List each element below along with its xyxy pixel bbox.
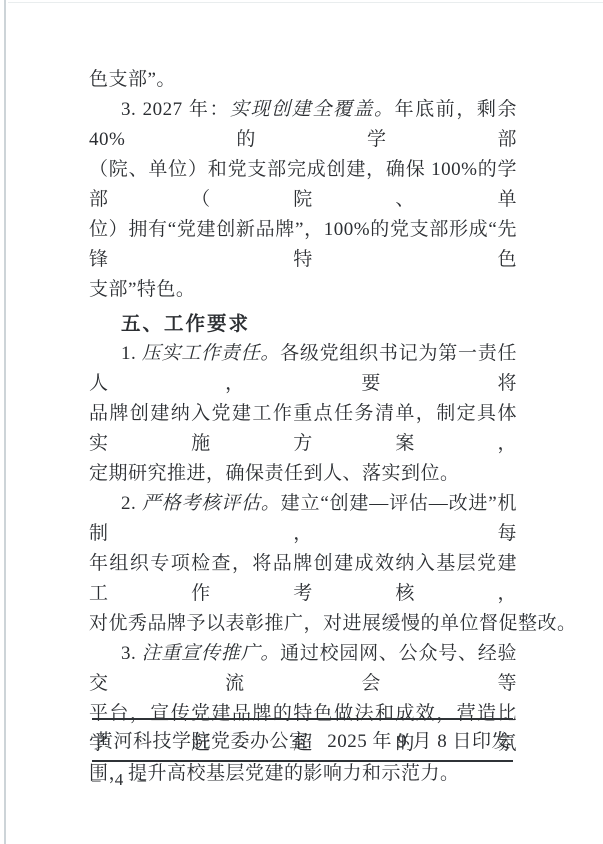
footer-issuing-office: 黄河科技学院党委办公室 bbox=[94, 726, 309, 753]
text-segment: （院、单位）和党支部完成创建，确保 100%的学部（院、单 bbox=[89, 159, 517, 210]
text-line: 年组织专项检查，将品牌创建成效纳入基层党建工作考核， bbox=[89, 549, 517, 609]
text-segment: 品牌创建纳入党建工作重点任务清单，制定具体实施方案， bbox=[89, 403, 517, 454]
paragraph: 3. 注重宣传推广。通过校园网、公众号、经验交流会等平台，宣传党建品牌的特色做法… bbox=[89, 639, 517, 789]
text-line: （院、单位）和党支部完成创建，确保 100%的学部（院、单 bbox=[89, 155, 517, 215]
text-segment: 对优秀品牌予以表彰推广，对进展缓慢的单位督促整改。 bbox=[89, 613, 577, 634]
text-segment: 色支部”。 bbox=[89, 69, 176, 90]
page-number: – 4 – bbox=[92, 770, 147, 790]
text-segment: 3. bbox=[121, 643, 142, 664]
text-line: 位）拥有“党建创新品牌”，100%的党支部形成“先锋特色 bbox=[89, 215, 517, 275]
scan-edge-top-line bbox=[8, 2, 603, 3]
text-segment: 1. bbox=[121, 343, 142, 364]
text-line: 品牌创建纳入党建工作重点任务清单，制定具体实施方案， bbox=[89, 399, 517, 459]
text-line: 定期研究推进，确保责任到人、落实到位。 bbox=[89, 459, 517, 489]
text-segment: 位）拥有“党建创新品牌”，100%的党支部形成“先锋特色 bbox=[89, 219, 517, 270]
emphasis-text: 注重宣传推广。 bbox=[142, 643, 280, 664]
text-segment: 定期研究推进，确保责任到人、落实到位。 bbox=[89, 463, 460, 484]
text-line: 色支部”。 bbox=[89, 65, 517, 95]
text-line: 对优秀品牌予以表彰推广，对进展缓慢的单位督促整改。 bbox=[89, 609, 517, 639]
document-body: 色支部”。3. 2027 年：实现创建全覆盖。年底前，剩余 40%的学部（院、单… bbox=[89, 65, 517, 789]
footer: 黄河科技学院党委办公室 2025 年 9 月 8 日印发 bbox=[92, 718, 513, 762]
emphasis-text: 压实工作责任。 bbox=[142, 343, 280, 364]
text-line: 1. 压实工作责任。各级党组织书记为第一责任人，要将 bbox=[89, 339, 517, 399]
footer-print-date: 2025 年 9 月 8 日印发 bbox=[327, 726, 511, 753]
paragraph: 1. 压实工作责任。各级党组织书记为第一责任人，要将品牌创建纳入党建工作重点任务… bbox=[89, 339, 517, 489]
text-segment: 五、工作要求 bbox=[121, 313, 250, 335]
text-segment: 2. bbox=[121, 493, 142, 514]
text-segment: 支部”特色。 bbox=[89, 279, 195, 300]
paragraph: 2. 严格考核评估。建立“创建—评估—改进”机制，每年组织专项检查，将品牌创建成… bbox=[89, 489, 517, 639]
text-line: 五、工作要求 bbox=[89, 309, 517, 339]
document-page: 色支部”。3. 2027 年：实现创建全覆盖。年底前，剩余 40%的学部（院、单… bbox=[0, 0, 603, 844]
text-line: 2. 严格考核评估。建立“创建—评估—改进”机制，每 bbox=[89, 489, 517, 549]
text-line: 支部”特色。 bbox=[89, 275, 517, 305]
text-segment: 3. 2027 年： bbox=[121, 99, 230, 120]
emphasis-text: 实现创建全覆盖。 bbox=[230, 99, 395, 120]
section-heading: 五、工作要求 bbox=[89, 309, 517, 339]
emphasis-text: 严格考核评估。 bbox=[142, 493, 281, 514]
paragraph: 色支部”。 bbox=[89, 65, 517, 95]
text-line: 3. 注重宣传推广。通过校园网、公众号、经验交流会等 bbox=[89, 639, 517, 699]
text-line: 围，提升高校基层党建的影响力和示范力。 bbox=[89, 759, 517, 789]
paragraph: 3. 2027 年：实现创建全覆盖。年底前，剩余 40%的学部（院、单位）和党支… bbox=[89, 95, 517, 305]
scan-edge-left-line bbox=[4, 0, 6, 844]
text-line: 3. 2027 年：实现创建全覆盖。年底前，剩余 40%的学部 bbox=[89, 95, 517, 155]
text-segment: 年组织专项检查，将品牌创建成效纳入基层党建工作考核， bbox=[89, 553, 517, 604]
